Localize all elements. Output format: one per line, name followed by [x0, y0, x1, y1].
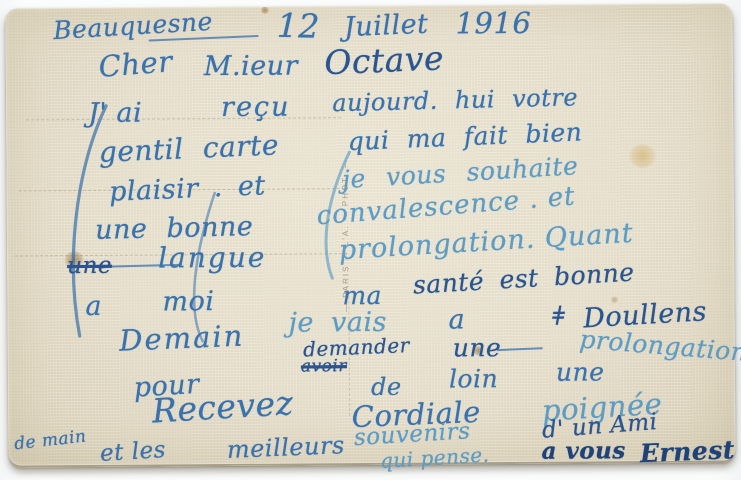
postcard-scan: — PARIS — L'A. — PHOT. — Beauquesne 12 J… [5, 3, 735, 467]
hw-aujourdhui: aujourd. hui votre [332, 85, 578, 115]
hw-a-vous: a vous [541, 439, 625, 463]
stain [260, 7, 269, 14]
hw-salutation-title: M.ieur [204, 53, 298, 81]
hw-qui-ma-fait: qui ma fait bien [347, 119, 582, 154]
hw-a: a [85, 293, 102, 320]
hw-struck-une: une [67, 255, 112, 278]
hw-une-bonne: une bonne [95, 213, 254, 244]
ruled-line [26, 117, 341, 120]
hw-date-day: 12 [276, 9, 320, 43]
hw-recipient-name: Octave [324, 41, 445, 79]
ink-stroke [497, 347, 543, 351]
hw-recu: reçu [221, 94, 291, 121]
hw-plaisir: plaisir . et [109, 172, 267, 206]
hw-je-vais: je vais [289, 309, 387, 337]
hw-une3: une [556, 359, 605, 384]
hw-jai: J' ai [88, 100, 142, 127]
hw-moi: moi [162, 288, 214, 315]
hw-de: de [371, 375, 402, 399]
hw-loin: loin [449, 366, 498, 391]
hw-signature: Ernest [639, 437, 735, 466]
hw-prolongation-quant: prolongation. Quant [338, 220, 634, 264]
stain [628, 144, 656, 168]
hw-une2: une [453, 335, 502, 360]
hw-struck-avoir: avoir [301, 358, 347, 375]
hw-recevez: Recevez [151, 386, 294, 427]
hw-meilleurs: meilleurs [226, 433, 345, 462]
hw-langue: langue [158, 244, 266, 273]
hw-de-main: de main [13, 428, 87, 453]
hw-salutation-cher: Cher [98, 47, 174, 82]
hw-qui-pense: qui pense. [380, 444, 490, 470]
hw-a2: a [448, 306, 465, 333]
hw-demain: Demain [119, 322, 245, 356]
hw-gentil-carte: gentil carte [98, 131, 279, 167]
hw-doullens-mark: ǂ [552, 304, 565, 330]
hw-date-year: 1916 [455, 9, 531, 39]
hw-sante: santé est bonne [412, 260, 635, 298]
hw-date-month: Juillet [343, 11, 429, 42]
hw-ma: ma [342, 283, 382, 308]
hw-et-les: et les [99, 439, 166, 466]
